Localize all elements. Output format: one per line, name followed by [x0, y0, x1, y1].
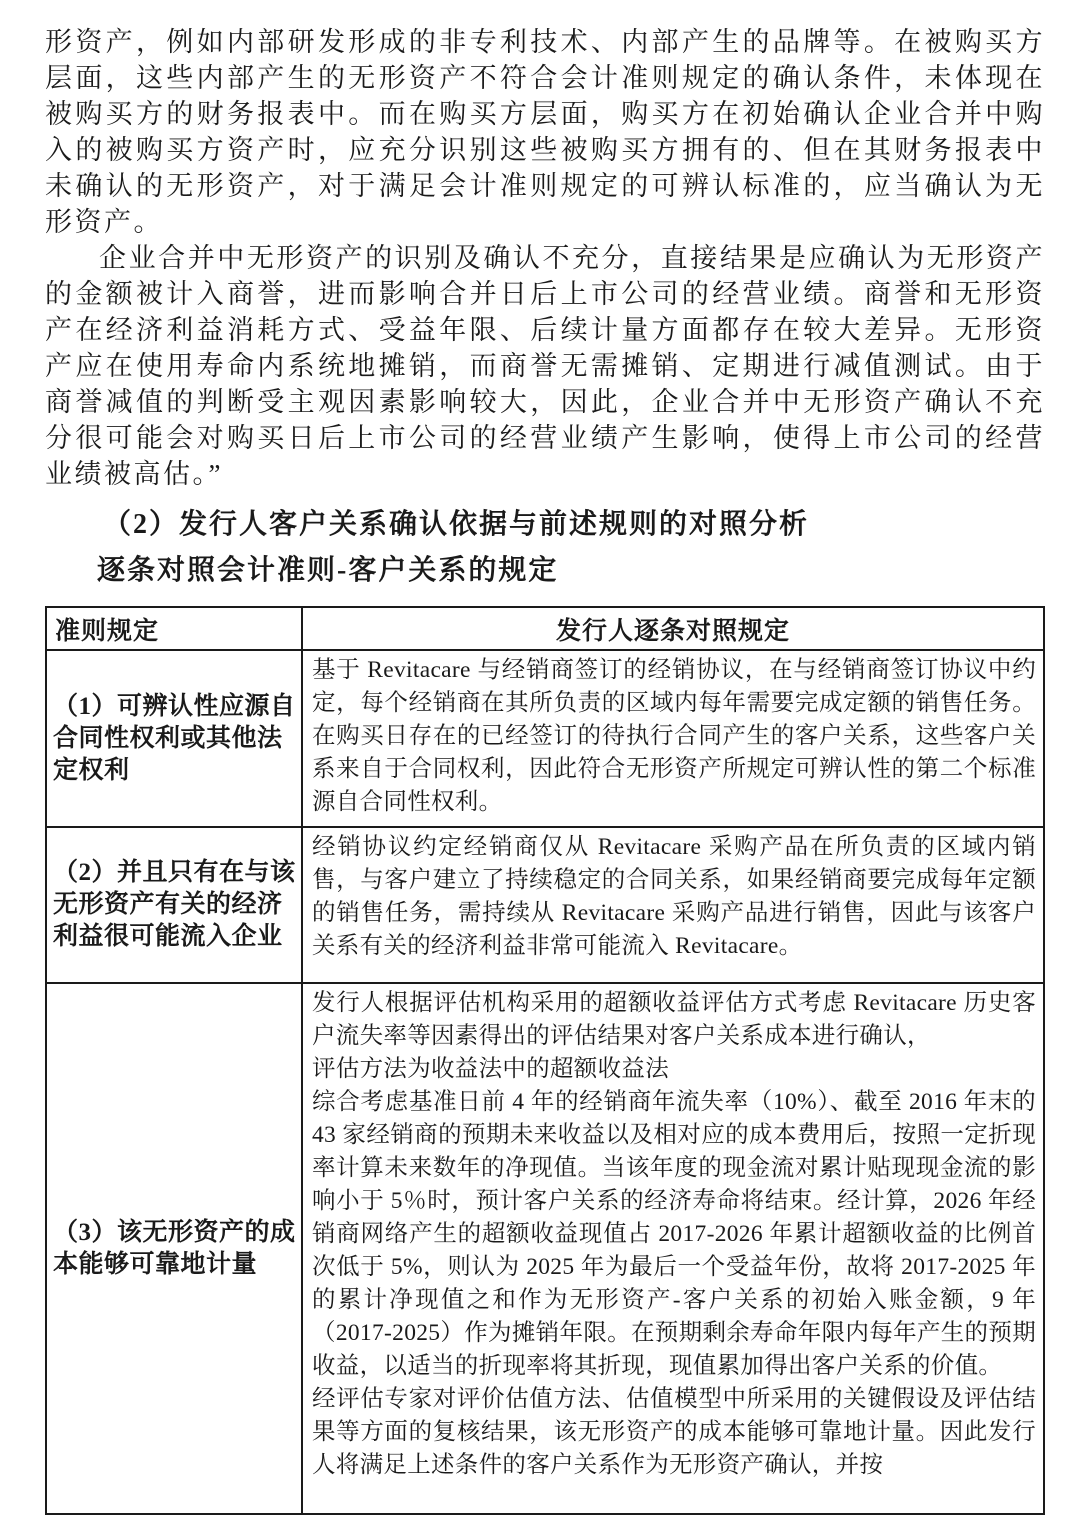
document-page: 形资产，例如内部研发形成的非专利技术、内部产生的品牌等。在被购买方层面，这些内部… [0, 0, 1080, 1515]
criterion-cell-reliable-measurement: （3）该无形资产的成本能够可靠地计量 [46, 983, 302, 1514]
analysis-cell-economic-benefit: 经销协议约定经销商仅从 Revitacare 采购产品在所负责的区域内销售，与客… [302, 827, 1044, 983]
criterion-cell-identifiability: （1）可辨认性应源自合同性权利或其他法定权利 [46, 650, 302, 827]
paragraph-goodwill-impact: 企业合并中无形资产的识别及确认不充分，直接结果是应确认为无形资产的金额被计入商誉… [45, 240, 1045, 492]
column-header-issuer-analysis: 发行人逐条对照规定 [302, 607, 1044, 650]
table-header-row: 准则规定 发行人逐条对照规定 [46, 607, 1044, 650]
table-row-economic-benefit: （2）并且只有在与该无形资产有关的经济利益很可能流入企业 经销协议约定经销商仅从… [46, 827, 1044, 983]
analysis-cell-identifiability: 基于 Revitacare 与经销商签订的经销协议，在与经销商签订协议中约定，每… [302, 650, 1044, 827]
table-row-identifiability: （1）可辨认性应源自合同性权利或其他法定权利 基于 Revitacare 与经销… [46, 650, 1044, 827]
criterion-cell-economic-benefit: （2）并且只有在与该无形资产有关的经济利益很可能流入企业 [46, 827, 302, 983]
analysis-cell-reliable-measurement: 发行人根据评估机构采用的超额收益评估方式考虑 Revitacare 历史客户流失… [302, 983, 1044, 1514]
criteria-comparison-table: 准则规定 发行人逐条对照规定 （1）可辨认性应源自合同性权利或其他法定权利 基于… [45, 606, 1045, 1515]
table-title-customer-relationship-rules: 逐条对照会计准则-客户关系的规定 [45, 552, 1045, 590]
table-row-reliable-measurement: （3）该无形资产的成本能够可靠地计量 发行人根据评估机构采用的超额收益评估方式考… [46, 983, 1044, 1514]
section-heading-comparison-analysis: （2）发行人客户关系确认依据与前述规则的对照分析 [45, 506, 1045, 544]
paragraph-intangible-assets-continuation: 形资产，例如内部研发形成的非专利技术、内部产生的品牌等。在被购买方层面，这些内部… [45, 24, 1045, 240]
column-header-criterion: 准则规定 [46, 607, 302, 650]
